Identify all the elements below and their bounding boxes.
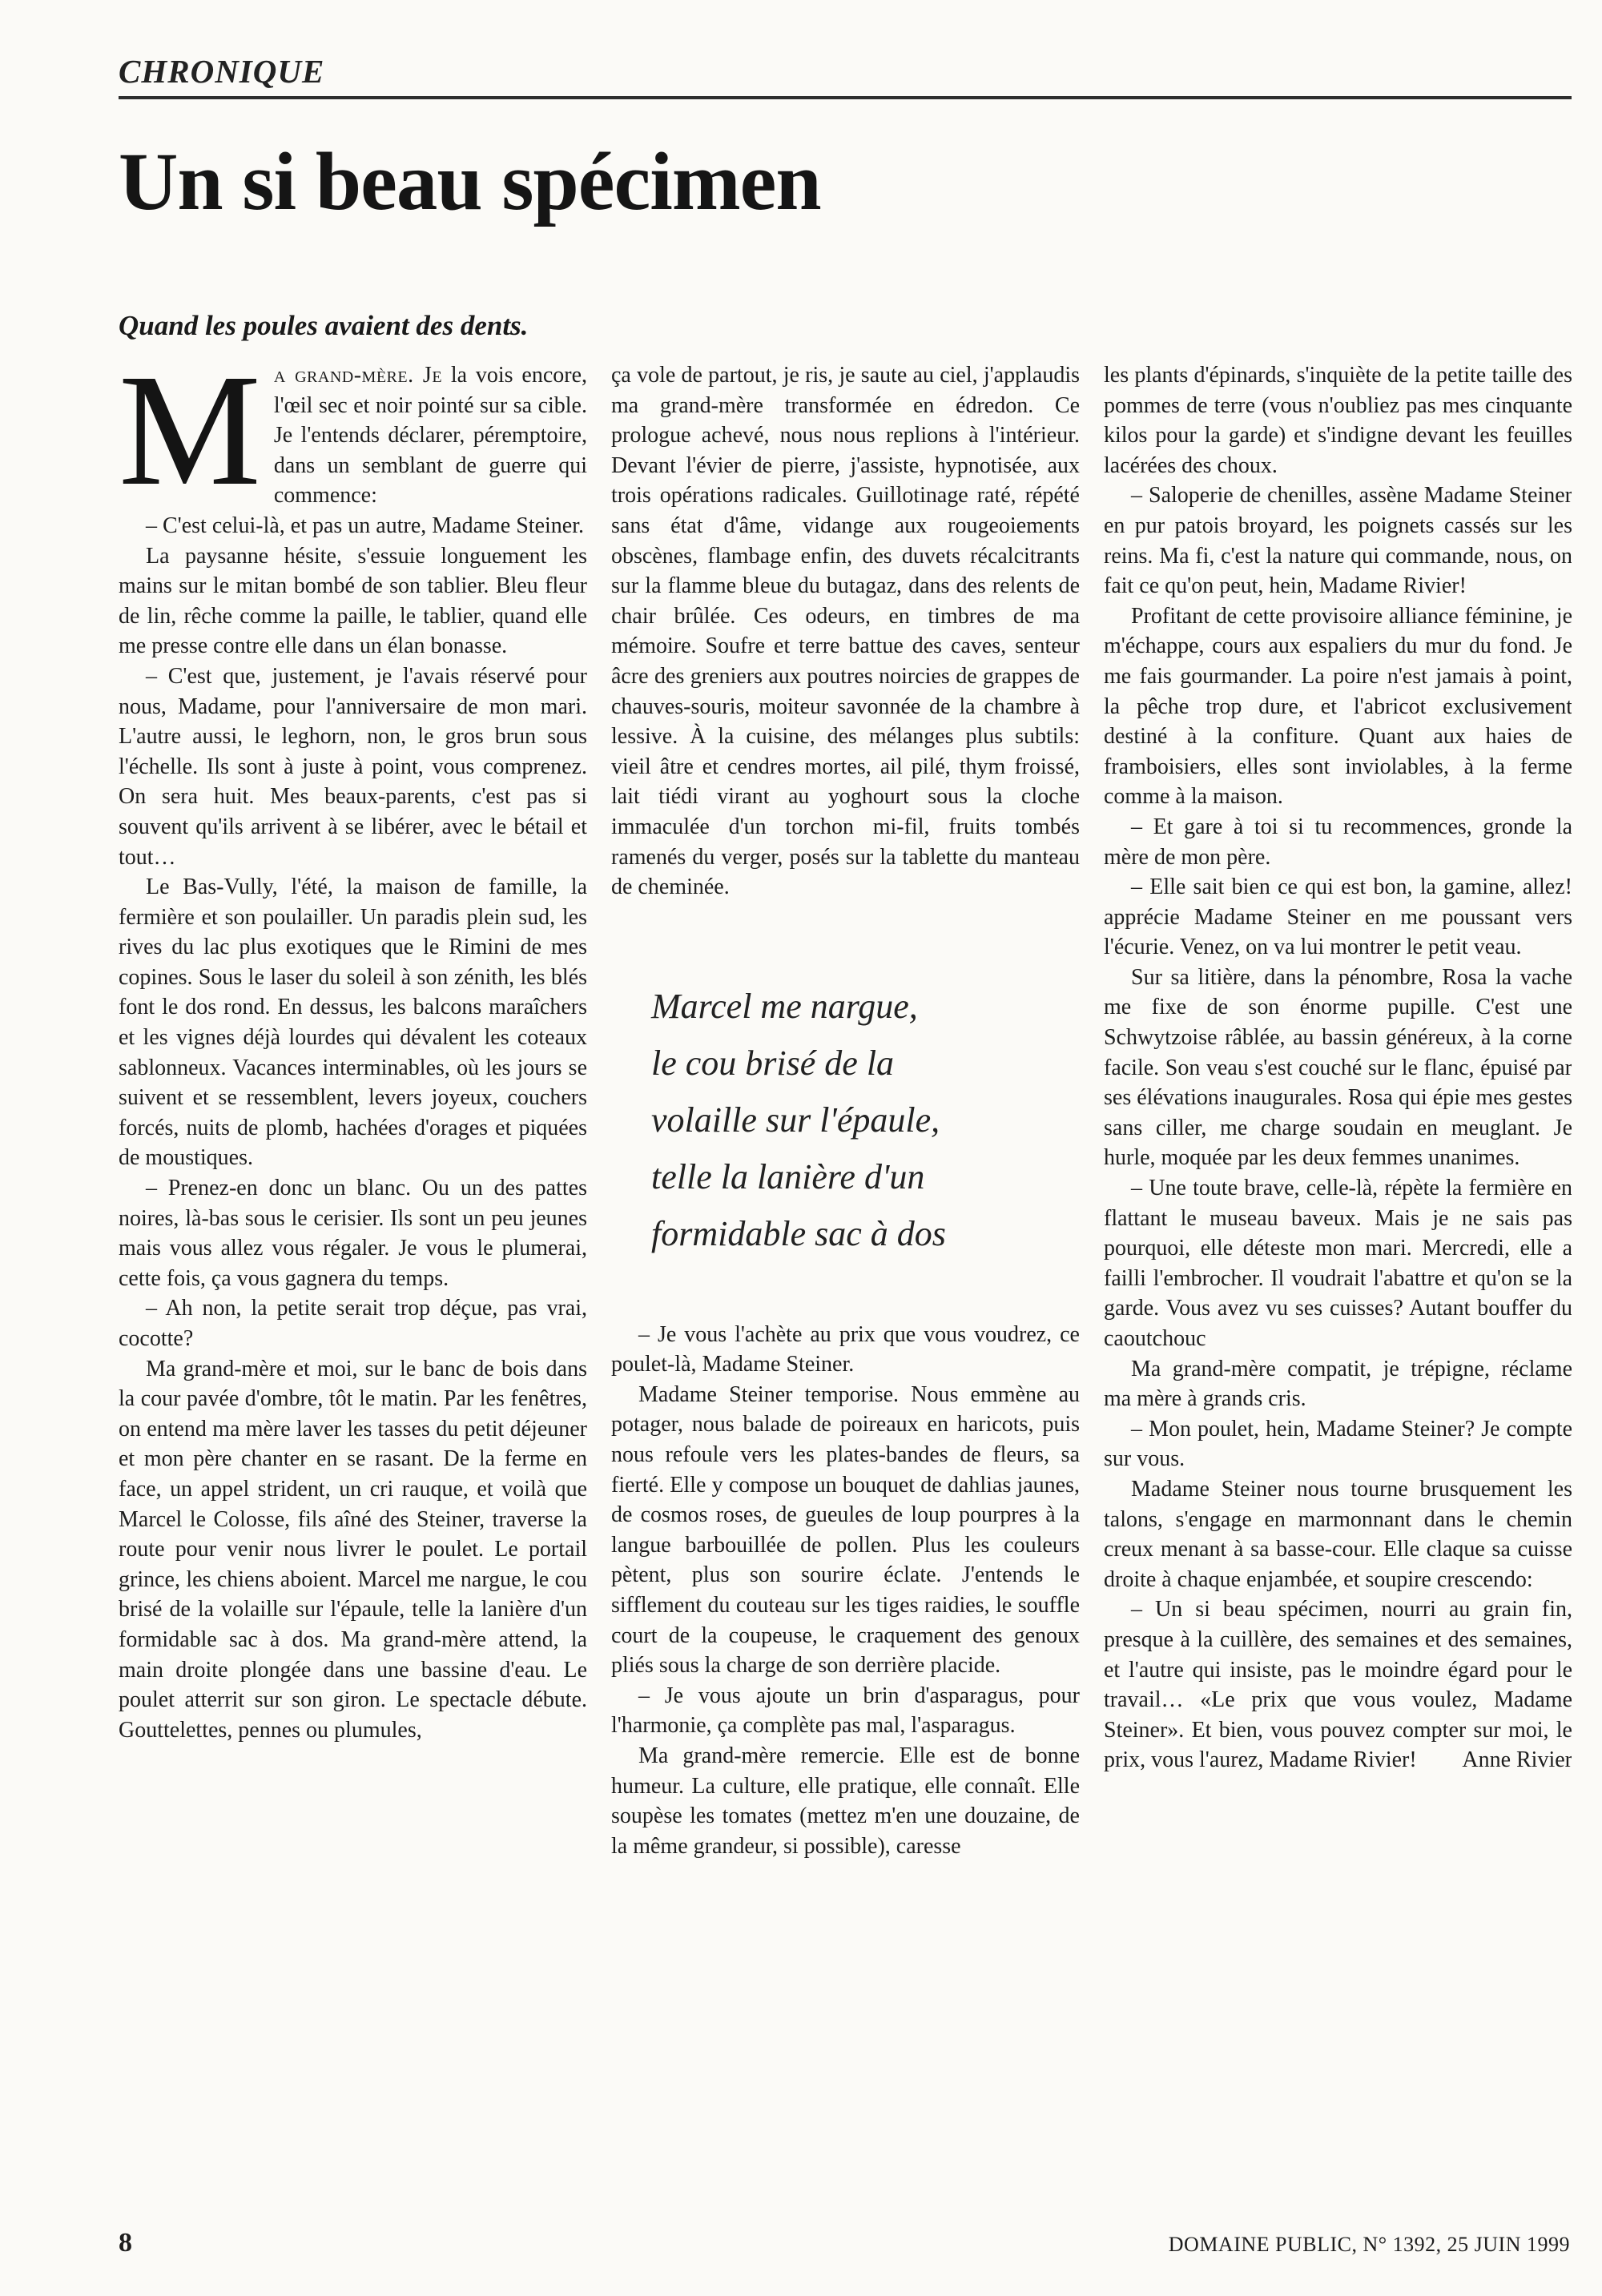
paragraph: – C'est celui-là, et pas un autre, Madam… [119,511,587,541]
paragraph: les plants d'épinards, s'inquiète de la … [1104,360,1572,481]
article-subtitle: Quand les poules avaient des dents. [119,309,1572,343]
paragraph: – Mon poulet, hein, Madame Steiner? Je c… [1104,1414,1572,1474]
page-header: CHRONIQUE [119,53,1572,99]
column-3: les plants d'épinards, s'inquiète de la … [1104,360,1572,2226]
paragraph: – Prenez-en donc un blanc. Ou un des pat… [119,1173,587,1293]
pull-quote-line: le cou brisé de la [651,1035,1080,1092]
paragraph: – Je vous l'achète au prix que vous voud… [611,1320,1080,1380]
section-kicker: CHRONIQUE [119,53,1572,90]
paragraph: – Je vous ajoute un brin d'asparagus, po… [611,1681,1080,1741]
pull-quote-line: Marcel me nargue, [651,978,1080,1035]
paragraph: Ma grand-mère remercie. Elle est de bonn… [611,1741,1080,1861]
pull-quote-line: volaille sur l'épaule, [651,1092,1080,1148]
pull-quote-line: telle la lanière d'un [651,1148,1080,1205]
column-1: Ma grand-mère. Je la vois encore, l'œil … [119,360,587,2226]
paragraph: – Une toute brave, celle-là, répète la f… [1104,1173,1572,1354]
paragraph: Madame Steiner temporise. Nous emmène au… [611,1380,1080,1681]
paragraph: – Saloperie de chenilles, assène Madame … [1104,481,1572,601]
page-number: 8 [119,2228,132,2258]
pull-quote-line: formidable sac à dos [651,1205,1080,1262]
paragraph: – Un si beau spécimen, nourri au grain f… [1104,1594,1572,1775]
paragraph: – Ah non, la petite serait trop déçue, p… [119,1293,587,1353]
paragraph: – C'est que, justement, je l'avais réser… [119,661,587,872]
paragraph: Madame Steiner nous tourne brusquement l… [1104,1474,1572,1594]
paragraph: La paysanne hésite, s'essuie longuement … [119,541,587,661]
article-body: Ma grand-mère. Je la vois encore, l'œil … [119,360,1572,2226]
publication-info: DOMAINE PUBLIC, N° 1392, 25 JUIN 1999 [1169,2233,1570,2257]
magazine-page: CHRONIQUE Un si beau spécimen Quand les … [0,0,1602,2296]
kicker-rule [119,96,1572,99]
paragraph: Sur sa litière, dans la pénombre, Rosa l… [1104,963,1572,1173]
paragraph: Le Bas-Vully, l'été, la maison de famill… [119,872,587,1173]
paragraph: Profitant de cette provisoire alliance f… [1104,601,1572,812]
paragraph: – Elle sait bien ce qui est bon, la gami… [1104,872,1572,963]
lead-in-small-caps: a grand-mère. Je [274,363,442,388]
paragraph: Ma grand-mère. Je la vois encore, l'œil … [119,360,587,511]
author-byline: Anne Rivier [1462,1745,1572,1775]
paragraph: ça vole de partout, je ris, je saute au … [611,360,1080,903]
article-title: Un si beau spécimen [119,139,1572,224]
paragraph: – Et gare à toi si tu recommences, grond… [1104,812,1572,872]
drop-cap: M [119,360,274,492]
paragraph: Ma grand-mère et moi, sur le banc de boi… [119,1354,587,1746]
page-footer: 8 DOMAINE PUBLIC, N° 1392, 25 JUIN 1999 [119,2228,1570,2258]
paragraph: Ma grand-mère compatit, je trépigne, réc… [1104,1354,1572,1414]
column-2: ça vole de partout, je ris, je saute au … [611,360,1080,2226]
pull-quote: Marcel me nargue, le cou brisé de la vol… [611,978,1080,1262]
